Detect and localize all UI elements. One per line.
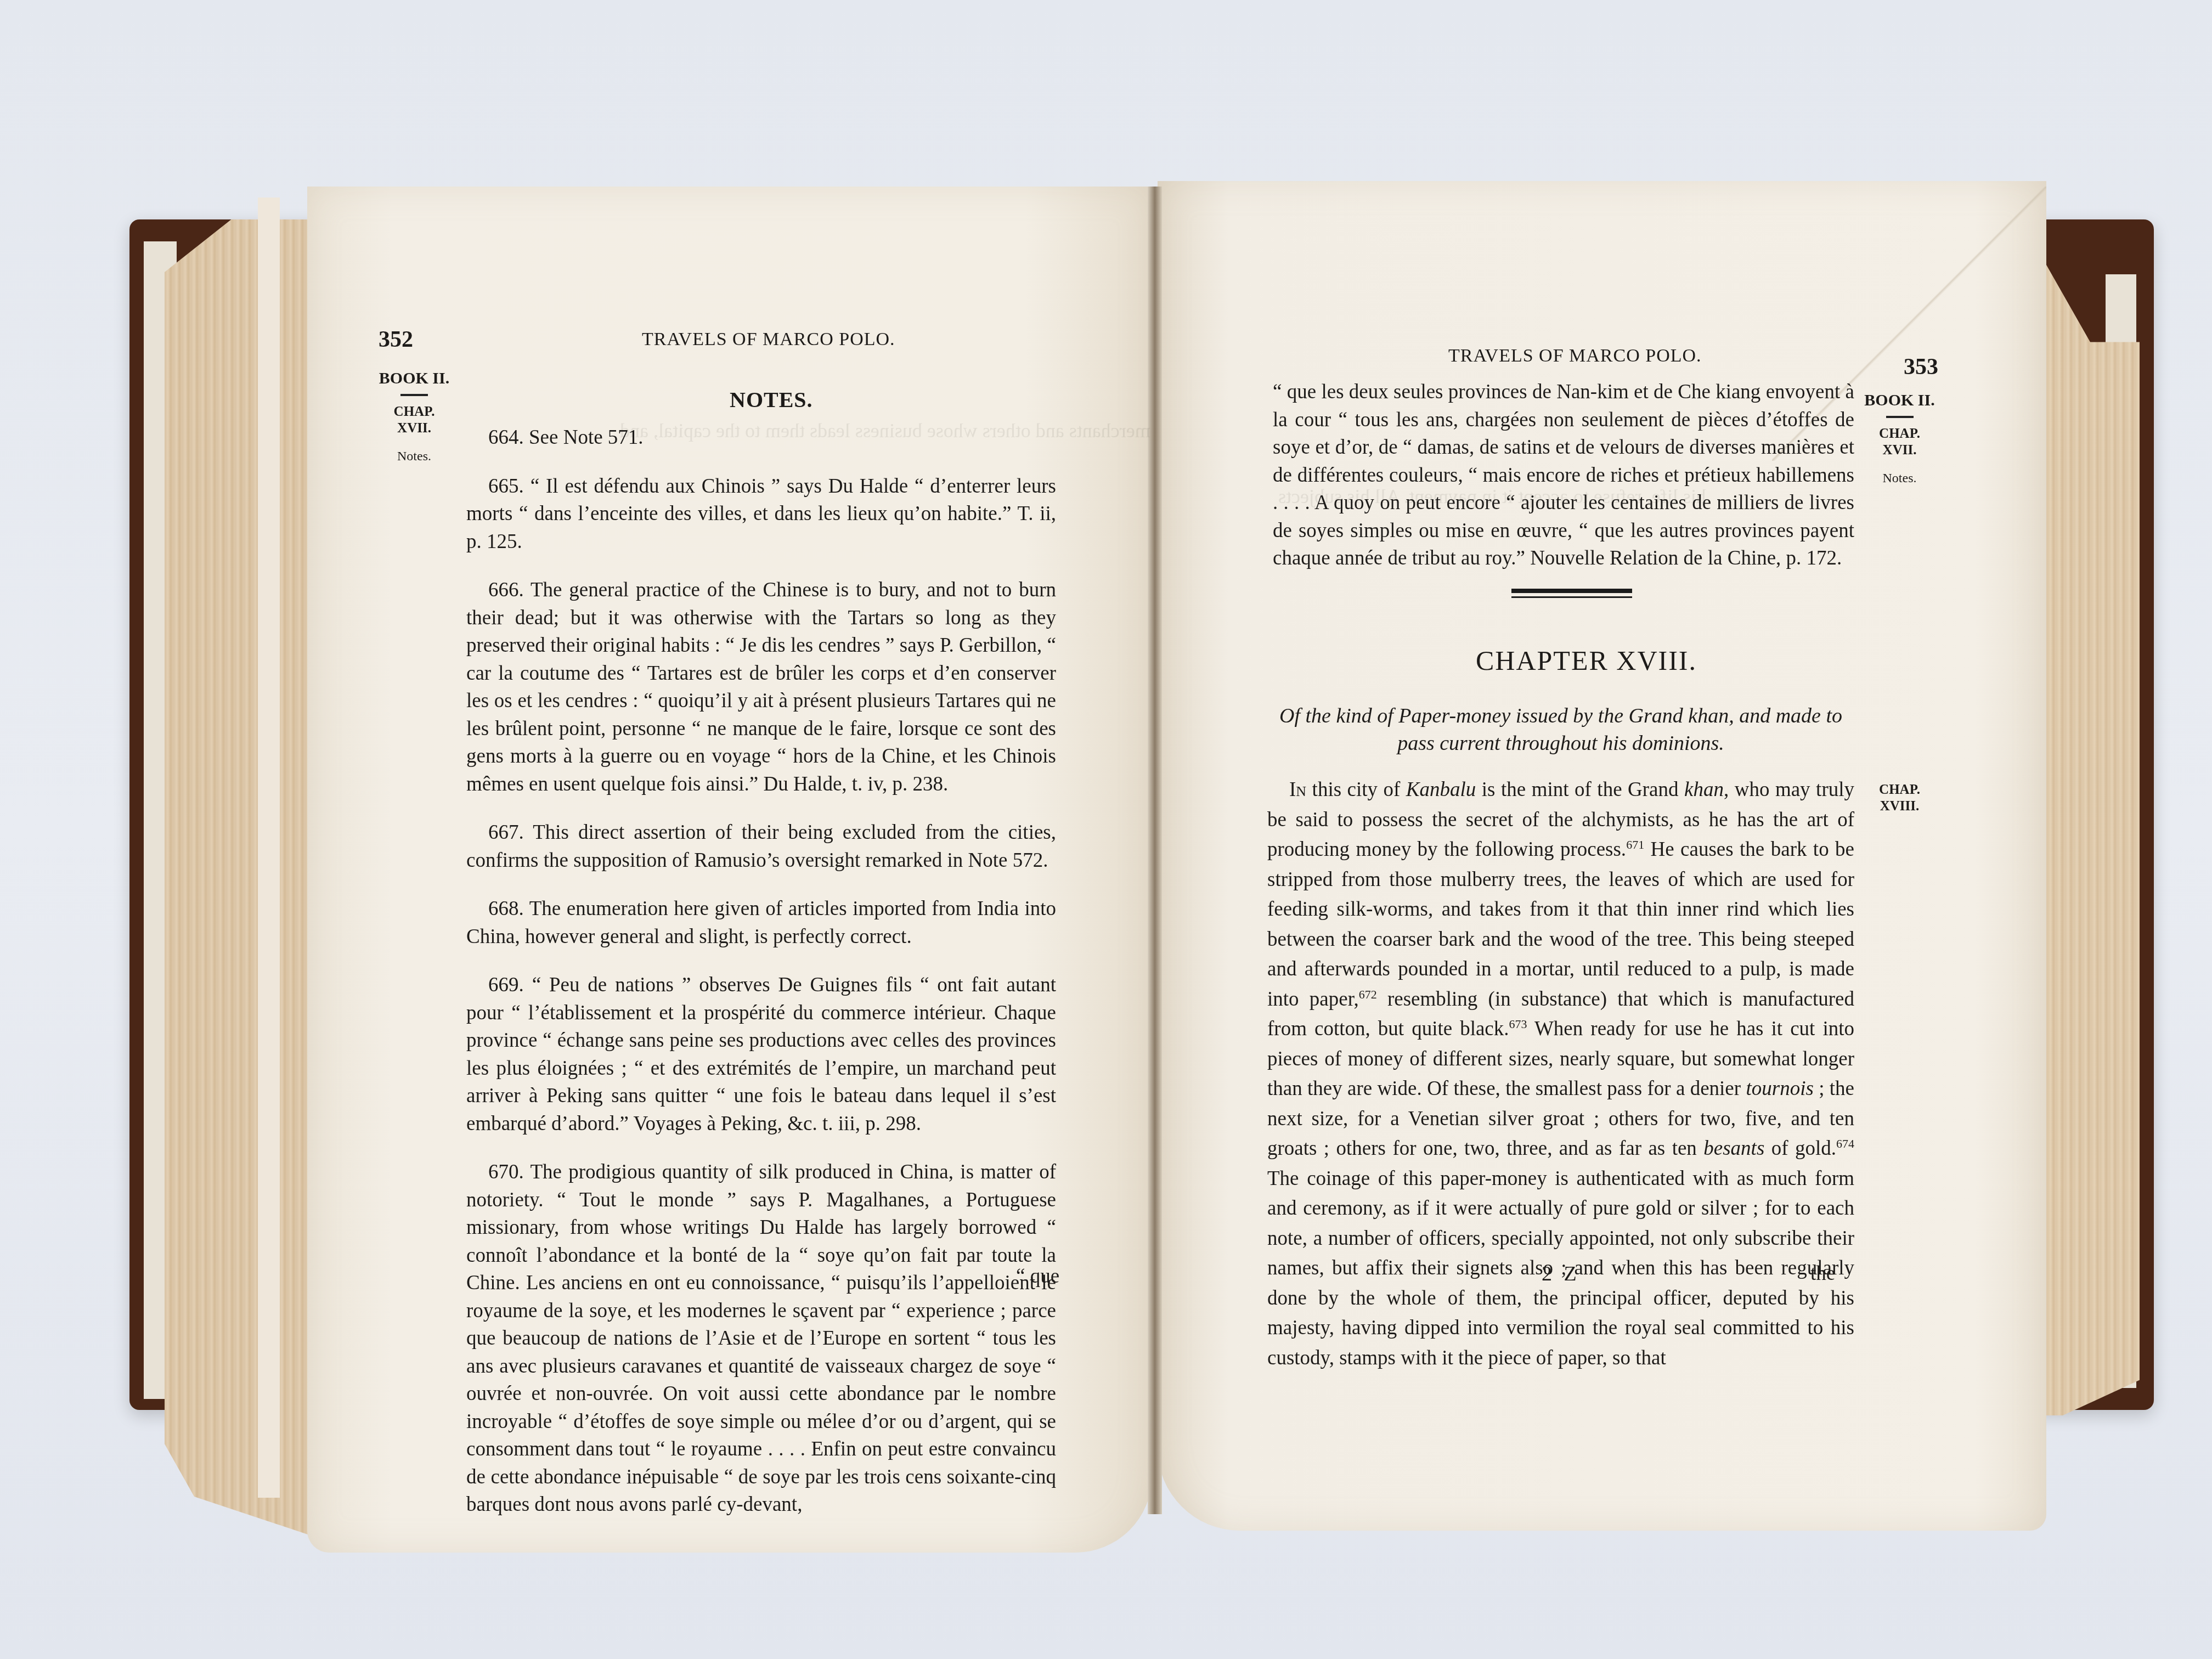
running-head-left: TRAVELS OF MARCO POLO. [642,329,895,350]
note-670: 670. The prodigious quantity of silk pro… [466,1159,1056,1519]
sidenote-chapter: CHAP. XVII. [379,404,450,437]
right-sidenote: BOOK II. CHAP. XVII. Notes. [1863,391,1937,487]
catchword-left: “ que [1016,1265,1059,1288]
note-664: 664. See Note 571. [466,424,1056,452]
note-669: 669. “ Peu de nations ” observes De Guig… [466,972,1056,1138]
sidenote-section: Notes. [1863,471,1937,487]
signature-mark: 2 Z [1542,1262,1580,1286]
notes-heading: NOTES. [730,387,813,413]
chapter-subtitle: Of the kind of Paper-money issued by the… [1267,702,1854,757]
sidenote-chapter: CHAP. XVIII. [1863,782,1937,815]
continued-quote: “ que les deux seules provinces de Nan-k… [1273,379,1854,594]
note-667: 667. This direct assertion of their bein… [466,819,1056,874]
note-668: 668. The enumeration here given of artic… [466,895,1056,951]
section-divider-rule [1511,589,1632,598]
catchword-right: the [1810,1262,1835,1285]
sidenote-book: BOOK II. [1863,391,1937,410]
sidenote-chapter: CHAP. XVII. [1863,426,1937,459]
left-page-stack-edge [258,198,280,1498]
chapter-body: In this city of Kanbalu is the mint of t… [1267,775,1854,1394]
page-number-left: 352 [379,326,413,353]
left-notes-column: 664. See Note 571. 665. “ Il est défendu… [466,424,1056,1540]
chapter-title: CHAPTER XVIII. [1476,645,1697,676]
left-page-stack [165,219,313,1536]
sidenote-rule [1886,416,1914,418]
chapter-sidenote: CHAP. XVIII. [1863,782,1937,815]
left-sidenote: BOOK II. CHAP. XVII. Notes. [379,369,450,465]
note-666: 666. The general practice of the Chinese… [466,577,1056,798]
page-number-right: 353 [1904,354,1938,380]
book-gutter [1148,187,1162,1514]
running-head-right: TRAVELS OF MARCO POLO. [1448,346,1702,366]
sidenote-book: BOOK II. [379,369,450,388]
sidenote-section: Notes. [379,449,450,465]
note-665: 665. “ Il est défendu aux Chinois ” says… [466,473,1056,556]
right-page-stack [2030,236,2140,1415]
sidenote-rule [400,394,428,396]
quote-paragraph: “ que les deux seules provinces de Nan-k… [1273,379,1854,573]
